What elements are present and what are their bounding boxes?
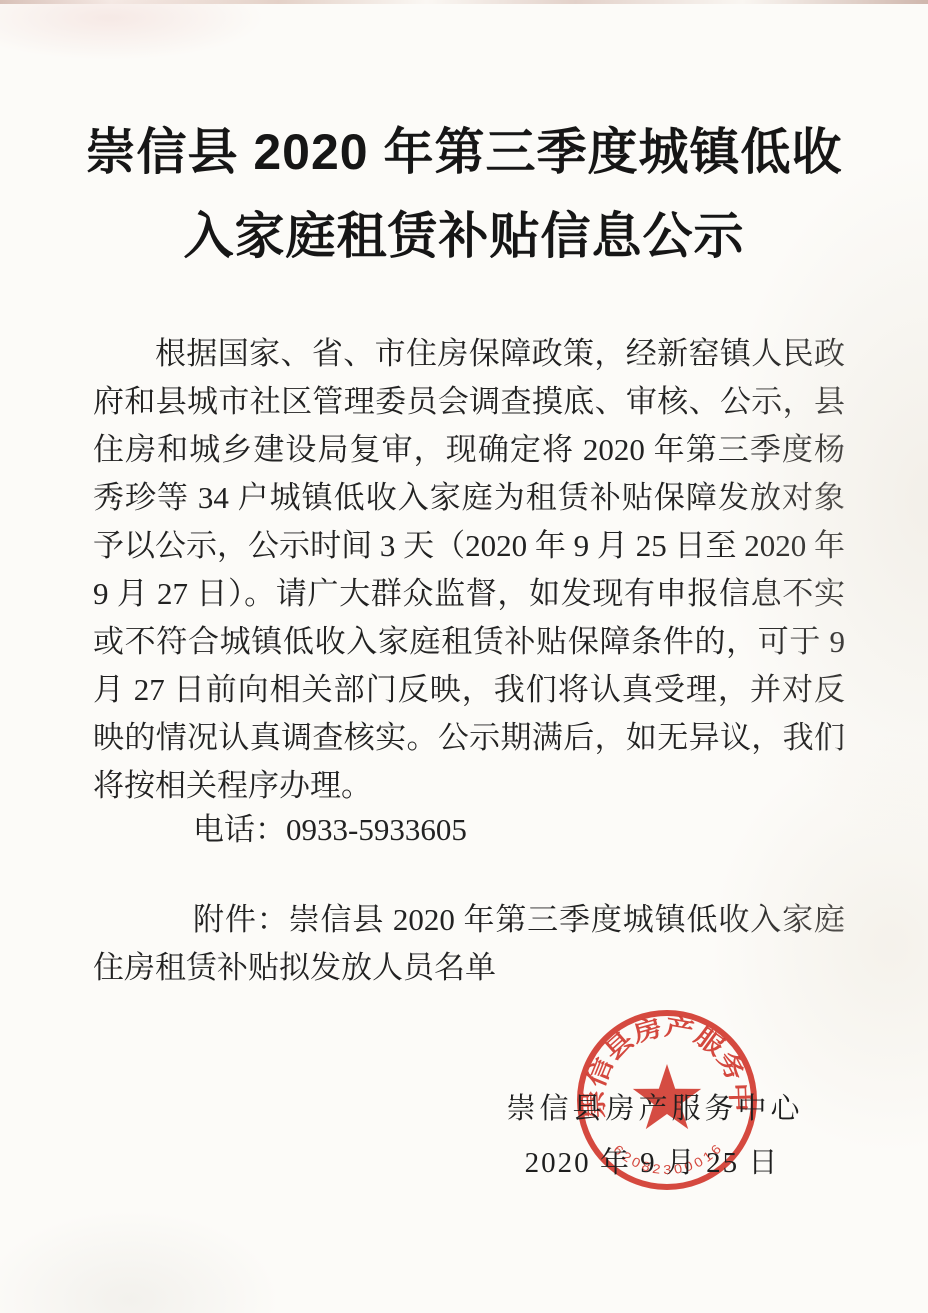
phone-line: 电话：0933-5933605 [93, 806, 845, 854]
issue-date: 2020 年 9 月 25 日 [450, 1140, 854, 1181]
issuer-name: 崇信县房产服务中心 [450, 1086, 860, 1127]
scanned-document-page: 崇信县 2020 年第三季度城镇低收 入家庭租赁补贴信息公示 根据国家、省、市住… [0, 0, 928, 1313]
document-title-line-2: 入家庭租赁补贴信息公示 [0, 196, 928, 268]
body-paragraph: 根据国家、省、市住房保障政策，经新窑镇人民政府和县城市社区管理委员会调查摸底、审… [93, 330, 845, 810]
attachment-line: 附件：崇信县 2020 年第三季度城镇低收入家庭住房租赁补贴拟发放人员名单 [93, 896, 845, 992]
document-title-line-1: 崇信县 2020 年第三季度城镇低收 [0, 112, 928, 184]
